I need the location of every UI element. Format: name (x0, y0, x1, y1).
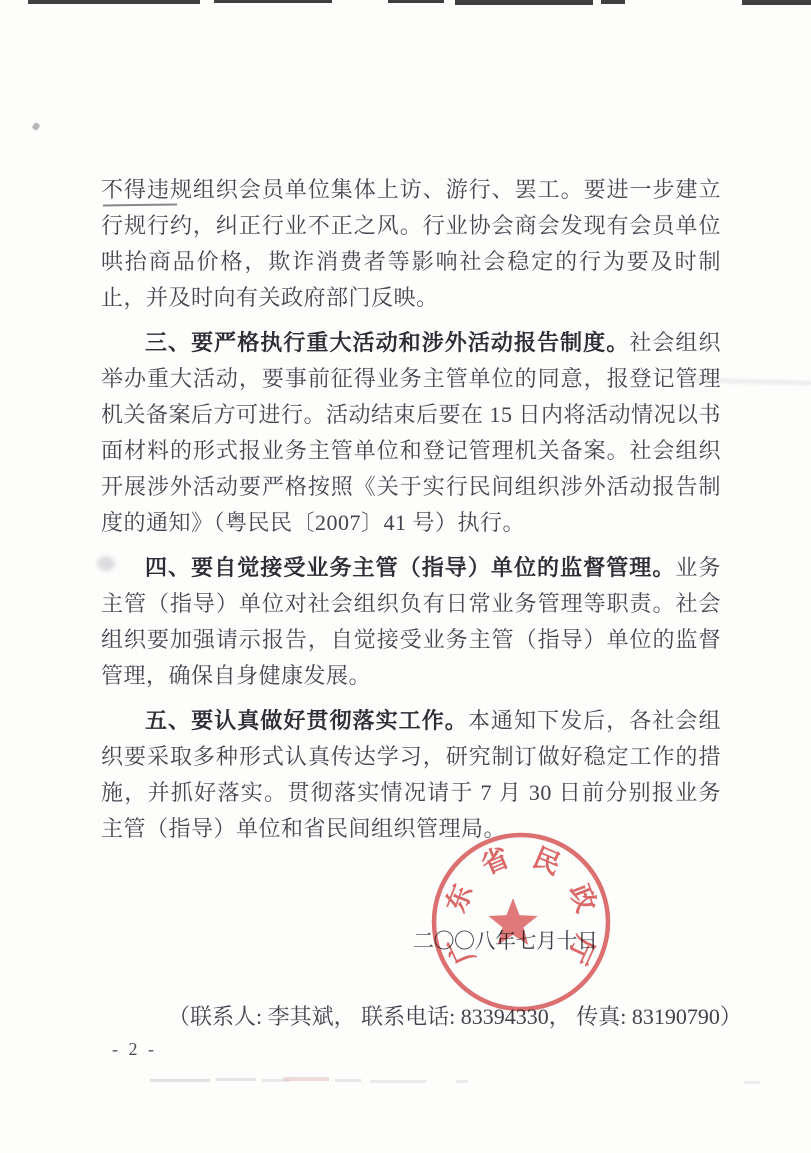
seal-char: 省 (477, 842, 514, 880)
bleed-through-mark (335, 1079, 361, 1082)
bleed-through-mark (744, 1081, 760, 1084)
paragraph-text: 不得违规组织会员单位集体上访、游行、罢工。要进一步建立行规行约，纠正行业不正之风… (101, 177, 721, 310)
bleed-through-mark (456, 1080, 468, 1083)
bleed-through-mark (150, 1079, 210, 1082)
bleed-through-mark (283, 1077, 329, 1081)
scanned-document-page: 不得违规组织会员单位集体上访、游行、罢工。要进一步建立行规行约，纠正行业不正之风… (0, 0, 811, 1153)
paragraph-item-four: 四、要自觉接受业务主管（指导）单位的监督管理。业务主管（指导）单位对社会组织负有… (101, 550, 721, 694)
paragraph-text: 社会组织举办重大活动，要事前征得业务主管单位的同意，报登记管理机关备案后方可进行… (101, 330, 721, 535)
seal-char: 东 (441, 880, 479, 916)
paragraph-lead: 三、要严格执行重大活动和涉外活动报告制度。 (145, 330, 629, 355)
seal-arc-text: 广 东 省 民 政 厅 (441, 842, 602, 968)
seal-char: 广 (442, 931, 481, 968)
paragraph-item-three: 三、要严格执行重大活动和涉外活动报告制度。社会组织举办重大活动，要事前征得业务主… (101, 325, 721, 541)
bleed-through-mark (370, 1080, 426, 1083)
scan-edge-artifact (214, 0, 332, 3)
paragraph-continuation: 不得违规组织会员单位集体上访、游行、罢工。要进一步建立行规行约，纠正行业不正之风… (101, 172, 721, 316)
page-number: - 2 - (112, 1036, 157, 1062)
official-seal: 广 东 省 民 政 厅 (421, 822, 621, 1022)
scan-edge-artifact (388, 0, 444, 3)
seal-char: 政 (564, 880, 602, 916)
paragraph-item-five: 五、要认真做好贯彻落实工作。本通知下发后，各社会组织要采取多种形式认真传达学习，… (101, 703, 721, 847)
scan-edge-artifact (742, 0, 811, 5)
scan-edge-artifact (601, 0, 625, 4)
paragraph-lead: 五、要认真做好贯彻落实工作。 (145, 708, 468, 733)
bleed-through-mark (216, 1078, 256, 1081)
seal-char: 民 (529, 842, 566, 880)
seal-star (488, 898, 537, 945)
paragraph-lead: 四、要自觉接受业务主管（指导）单位的监督管理。 (145, 555, 675, 580)
scan-speck (32, 122, 41, 131)
seal-char: 厅 (562, 931, 601, 968)
scan-edge-artifact (28, 0, 200, 4)
scan-edge-artifact (455, 0, 593, 5)
document-body: 不得违规组织会员单位集体上访、游行、罢工。要进一步建立行规行约，纠正行业不正之风… (101, 172, 721, 856)
